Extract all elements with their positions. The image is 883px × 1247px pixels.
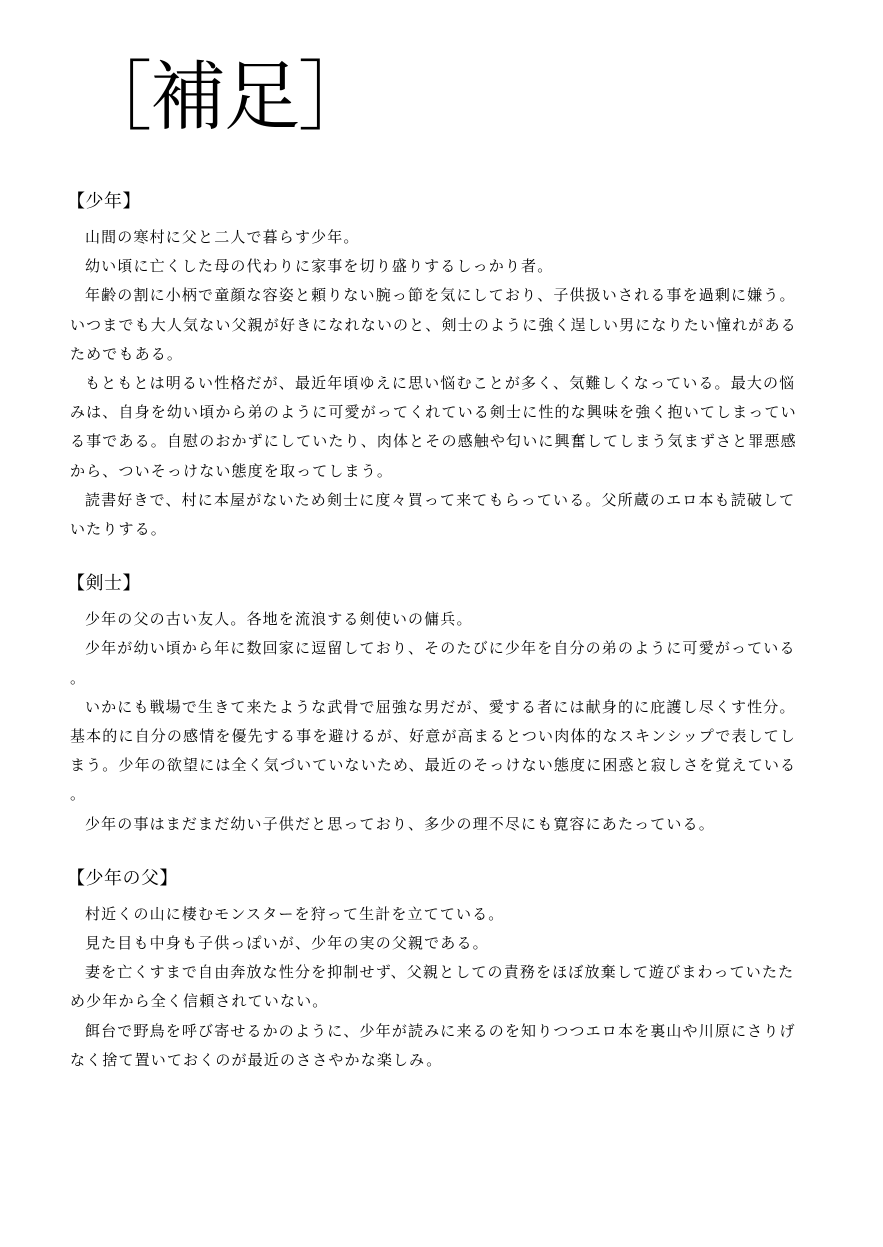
paragraph: 少年の事はまだまだ幼い子供だと思っており、多少の理不尽にも寛容にあたっている。 — [70, 810, 806, 839]
paragraph: 村近くの山に棲むモンスターを狩って生計を立てている。 — [70, 900, 806, 929]
paragraph: もともとは明るい性格だが、最近年頃ゆえに思い悩むことが多く、気難しくなっている。… — [70, 369, 806, 486]
section-swordsman: 【剣士】 少年の父の古い友人。各地を流浪する剣使いの傭兵。 少年が幼い頃から年に… — [70, 570, 806, 839]
document-body: 【少年】 山間の寒村に父と二人で暮らす少年。 幼い頃に亡くした母の代わりに家事を… — [70, 188, 806, 1101]
section-heading: 【剣士】 — [67, 570, 806, 598]
paragraph: 妻を亡くすまで自由奔放な性分を抑制せず、父親としての責務をほぼ放棄して遊びまわっ… — [70, 958, 806, 1016]
paragraph: 読書好きで、村に本屋がないため剣士に度々買って来てもらっている。父所蔵のエロ本も… — [70, 486, 806, 544]
paragraph: 少年の父の古い友人。各地を流浪する剣使いの傭兵。 — [70, 605, 806, 634]
paragraph: 見た目も中身も子供っぽいが、少年の実の父親である。 — [70, 929, 806, 958]
paragraph: いかにも戦場で生きて来たような武骨で屈強な男だが、愛する者には献身的に庇護し尽く… — [70, 693, 806, 810]
page-title: ［補足］ — [76, 52, 372, 142]
section-heading: 【少年】 — [67, 188, 806, 216]
paragraph: 餌台で野鳥を呼び寄せるかのように、少年が読みに来るのを知りつつエロ本を裏山や川原… — [70, 1017, 806, 1075]
section-boy: 【少年】 山間の寒村に父と二人で暮らす少年。 幼い頃に亡くした母の代わりに家事を… — [70, 188, 806, 544]
paragraph: 少年が幼い頃から年に数回家に逗留しており、そのたびに少年を自分の弟のように可愛が… — [70, 634, 806, 692]
paragraph: 幼い頃に亡くした母の代わりに家事を切り盛りするしっかり者。 — [70, 252, 806, 281]
section-boys-father: 【少年の父】 村近くの山に棲むモンスターを狩って生計を立てている。 見た目も中身… — [70, 865, 806, 1075]
paragraph: 山間の寒村に父と二人で暮らす少年。 — [70, 223, 806, 252]
paragraph: 年齢の割に小柄で童顔な容姿と頼りない腕っ節を気にしており、子供扱いされる事を過剰… — [70, 281, 806, 369]
section-heading: 【少年の父】 — [67, 865, 806, 893]
